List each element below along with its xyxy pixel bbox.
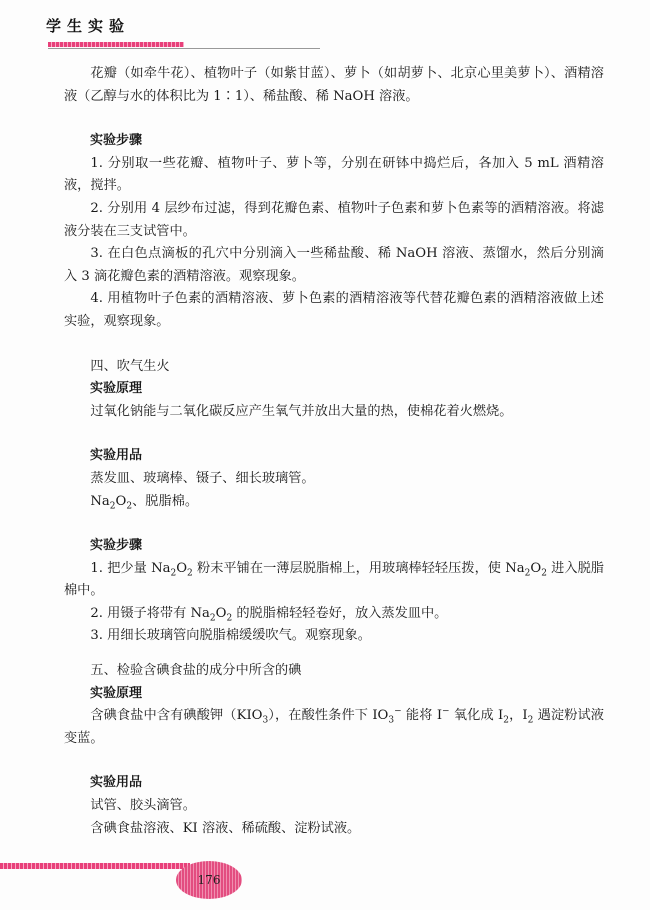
- section-heading-steps: 实验步骤: [64, 130, 604, 153]
- step-item: 3. 在白色点滴板的孔穴中分别滴入一些稀盐酸、稀 NaOH 溶液、蒸馏水，然后分…: [64, 243, 604, 288]
- section-heading-steps: 实验步骤: [64, 535, 604, 558]
- step-item: 1. 分别取一些花瓣、植物叶子、萝卜等，分别在研钵中捣烂后，各加入 5 mL 酒…: [64, 153, 604, 198]
- step-item: 3. 用细长玻璃管向脱脂棉缓缓吹气。观察现象。: [64, 625, 604, 648]
- materials-line: 试管、胶头滴管。: [64, 795, 604, 818]
- step-item: 4. 用植物叶子色素的酒精溶液、萝卜色素的酒精溶液等代替花瓣色素的酒精溶液做上述…: [64, 288, 604, 333]
- section-heading-materials: 实验用品: [64, 445, 604, 468]
- header-decorative-stripe: [48, 42, 184, 47]
- footer-decorative-stripe: [0, 863, 190, 869]
- materials-line: Na2O2、脱脂棉。: [64, 491, 604, 514]
- page-body: 花瓣（如牵牛花）、植物叶子（如紫甘蓝）、萝卜（如胡萝卜、北京心里美萝卜）、酒精溶…: [64, 63, 604, 840]
- header-rule: [48, 48, 320, 49]
- step-item: 1. 把少量 Na2O2 粉末平铺在一薄层脱脂棉上，用玻璃棒轻轻压拨，使 Na2…: [64, 558, 604, 603]
- principle-text: 含碘食盐中含有碘酸钾（KIO3），在酸性条件下 IO3− 能将 I− 氧化成 I…: [64, 705, 604, 750]
- materials-line: 蒸发皿、玻璃棒、镊子、细长玻璃管。: [64, 468, 604, 491]
- step-item: 2. 用镊子将带有 Na2O2 的脱脂棉轻轻卷好，放入蒸发皿中。: [64, 603, 604, 626]
- principle-text: 过氧化钠能与二氧化碳反应产生氧气并放出大量的热，使棉花着火燃烧。: [64, 401, 604, 424]
- materials-paragraph: 花瓣（如牵牛花）、植物叶子（如紫甘蓝）、萝卜（如胡萝卜、北京心里美萝卜）、酒精溶…: [64, 63, 604, 108]
- page-number: 176: [198, 873, 221, 887]
- section-heading-principle: 实验原理: [64, 683, 604, 706]
- section-title-iodine-test: 五、检验含碘食盐的成分中所含的碘: [64, 660, 604, 683]
- step-item: 2. 分别用 4 层纱布过滤，得到花瓣色素、植物叶子色素和萝卜色素等的酒精溶液。…: [64, 198, 604, 243]
- page-number-badge: 176: [176, 861, 242, 899]
- section-title-blow-fire: 四、吹气生火: [64, 356, 604, 379]
- section-heading-principle: 实验原理: [64, 378, 604, 401]
- section-heading-materials: 实验用品: [64, 772, 604, 795]
- running-header-title: 学生实验: [46, 15, 130, 36]
- materials-line: 含碘食盐溶液、KI 溶液、稀硫酸、淀粉试液。: [64, 818, 604, 841]
